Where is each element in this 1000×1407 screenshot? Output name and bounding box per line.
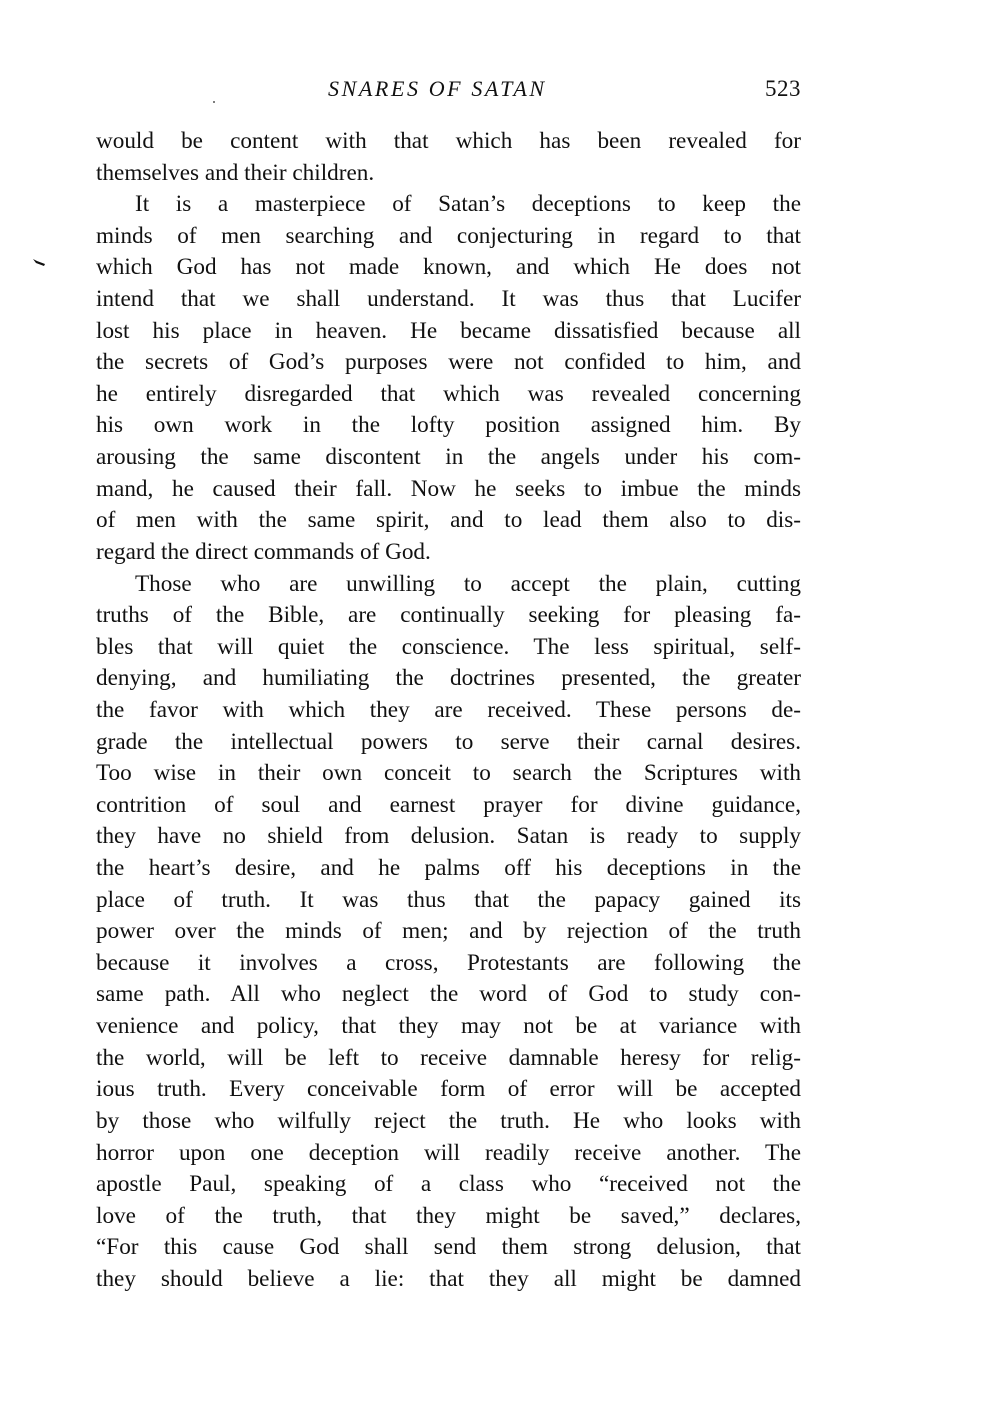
margin-mark-icon bbox=[33, 259, 45, 266]
text-line: power over the minds of men; and by reje… bbox=[96, 916, 801, 948]
text-line: ious truth. Every conceivable form of er… bbox=[96, 1074, 801, 1106]
text-line: because it involves a cross, Protestants… bbox=[96, 948, 801, 980]
text-line: which God has not made known, and which … bbox=[96, 252, 801, 284]
text-line: he entirely disregarded that which was r… bbox=[96, 379, 801, 411]
text-line: same path. All who neglect the word of G… bbox=[96, 979, 801, 1011]
text-line: themselves and their children. bbox=[96, 158, 801, 190]
text-line: the secrets of God’s purposes were not c… bbox=[96, 347, 801, 379]
text-line: the favor with which they are received. … bbox=[96, 695, 801, 727]
text-line: mand, he caused their fall. Now he seeks… bbox=[96, 474, 801, 506]
text-line: intend that we shall understand. It was … bbox=[96, 284, 801, 316]
text-line: would be content with that which has bee… bbox=[96, 126, 801, 158]
body-text: would be content with that which has bee… bbox=[96, 126, 801, 1296]
text-line: of men with the same spirit, and to lead… bbox=[96, 505, 801, 537]
text-line: love of the truth, that they might be sa… bbox=[96, 1201, 801, 1233]
running-title: SNARES OF SATAN bbox=[328, 73, 547, 105]
paragraph-first-line: Those who are unwilling to accept the pl… bbox=[96, 569, 801, 601]
text-line: apostle Paul, speaking of a class who “r… bbox=[96, 1169, 801, 1201]
paragraph-first-line: It is a masterpiece of Satan’s deception… bbox=[96, 189, 801, 221]
text-line: the world, will be left to receive damna… bbox=[96, 1043, 801, 1075]
text-line: by those who wilfully reject the truth. … bbox=[96, 1106, 801, 1138]
book-page: SNARES OF SATAN 523 would be content wit… bbox=[0, 0, 1000, 1407]
running-head: SNARES OF SATAN 523 bbox=[96, 73, 801, 105]
text-line: venience and policy, that they may not b… bbox=[96, 1011, 801, 1043]
text-line: regard the direct commands of God. bbox=[96, 537, 801, 569]
text-line: grade the intellectual powers to serve t… bbox=[96, 727, 801, 759]
text-line: the heart’s desire, and he palms off his… bbox=[96, 853, 801, 885]
text-line: arousing the same discontent in the ange… bbox=[96, 442, 801, 474]
text-line: place of truth. It was thus that the pap… bbox=[96, 885, 801, 917]
text-line: his own work in the lofty position assig… bbox=[96, 410, 801, 442]
text-line: horror upon one deception will readily r… bbox=[96, 1138, 801, 1170]
text-line: Too wise in their own conceit to search … bbox=[96, 758, 801, 790]
text-line: bles that will quiet the conscience. The… bbox=[96, 632, 801, 664]
text-line: contrition of soul and earnest prayer fo… bbox=[96, 790, 801, 822]
text-line: minds of men searching and conjecturing … bbox=[96, 221, 801, 253]
text-line: lost his place in heaven. He became diss… bbox=[96, 316, 801, 348]
text-line: denying, and humiliating the doctrines p… bbox=[96, 663, 801, 695]
text-line: they have no shield from delusion. Satan… bbox=[96, 821, 801, 853]
text-line: they should believe a lie: that they all… bbox=[96, 1264, 801, 1296]
text-line: “For this cause God shall send them stro… bbox=[96, 1232, 801, 1264]
text-line: truths of the Bible, are continually see… bbox=[96, 600, 801, 632]
page-number: 523 bbox=[765, 73, 801, 105]
